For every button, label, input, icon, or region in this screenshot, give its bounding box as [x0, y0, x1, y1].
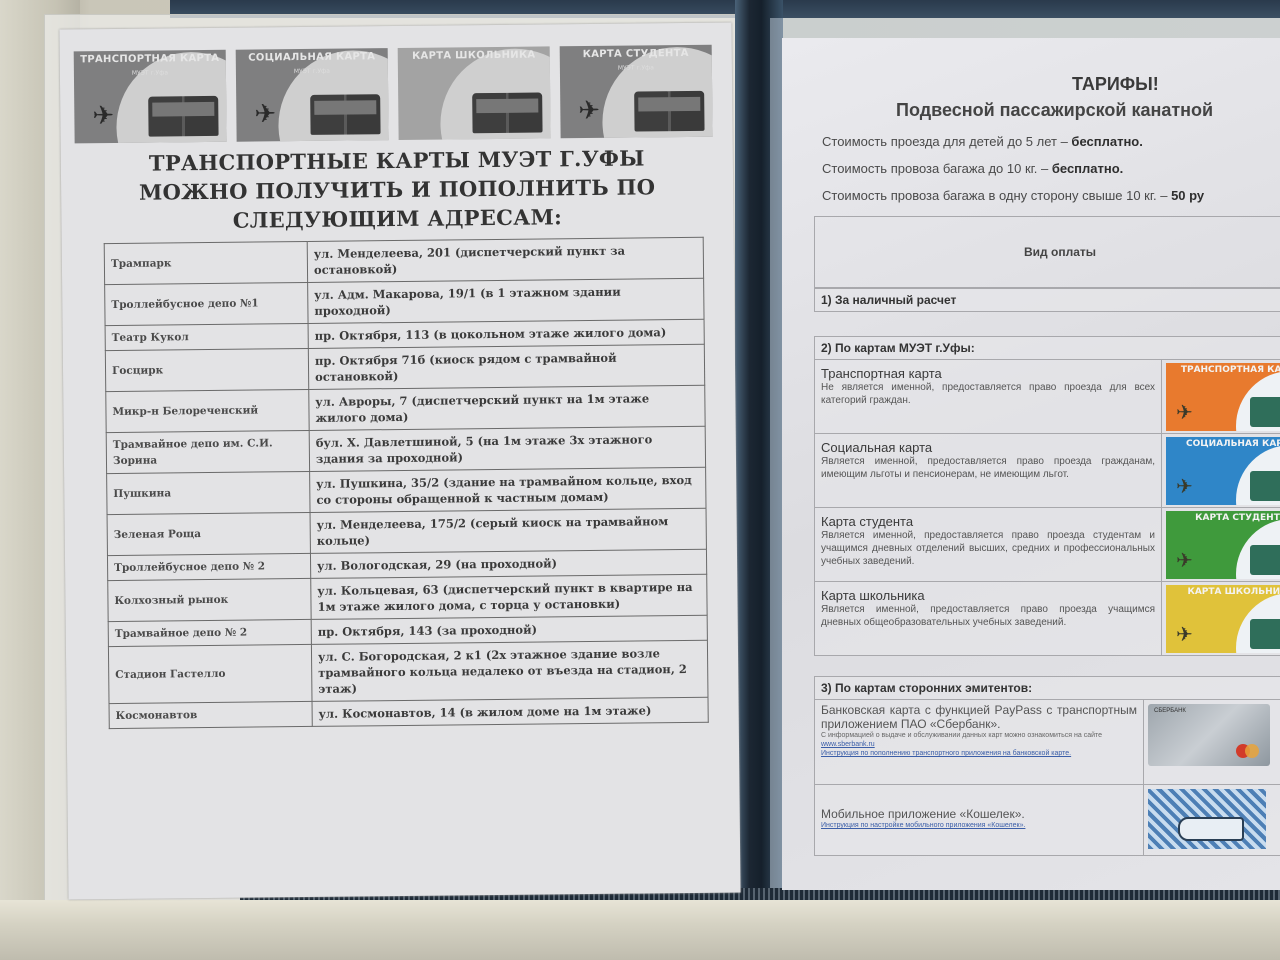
location-address: ул. Космонавтов, 14 (в жилом доме на 1м …	[312, 697, 708, 726]
muet-card-row: Карта студентаЯвляется именной, предоста…	[815, 508, 1280, 582]
muet-card-row: Карта школьникаЯвляется именной, предост…	[815, 582, 1280, 655]
tariffs-subtitle: Подвесной пассажирской канатной	[896, 100, 1213, 121]
bus-icon	[1250, 545, 1280, 575]
address-row: Космонавтовул. Космонавтов, 14 (в жилом …	[109, 697, 708, 728]
location-address: ул. Адм. Макарова, 19/1 (в 1 этажном зда…	[308, 278, 704, 323]
location-name: Зеленая Роща	[107, 512, 310, 555]
location-name: Театр Кукол	[105, 323, 308, 350]
payment-type-header: Вид оплаты	[814, 216, 1280, 288]
koshelek-app-image	[1148, 789, 1266, 849]
location-name: Троллейбусное депо № 2	[107, 553, 310, 580]
tariffs-notice: ТАРИФЫ! Подвесной пассажирской канатной …	[782, 38, 1280, 890]
location-name: Микр-н Белореченский	[106, 389, 309, 432]
card-image-social: СОЦИАЛЬНАЯ КАРТА МУЭТ г.Уфа ✈	[236, 48, 389, 142]
bus-icon	[1250, 471, 1280, 501]
external-card-row-sberbank: Банковская карта с функцией PayPass с тр…	[815, 700, 1280, 785]
mastercard-icon	[1236, 744, 1260, 758]
location-name: Трампарк	[104, 241, 307, 284]
card-name: Карта студента	[821, 514, 1155, 529]
card-description: Является именной, предоставляется право …	[821, 603, 1155, 629]
cable-car-icon	[1178, 817, 1244, 841]
address-row: Трамвайное депо им. С.И. Зоринабул. Х. Д…	[106, 426, 705, 473]
location-name: Космонавтов	[109, 701, 312, 728]
monument-icon: ✈	[1176, 400, 1193, 425]
window-sill	[0, 900, 1280, 960]
external-card-row-koshelek: Мобильное приложение «Кошелек». Инструкц…	[815, 785, 1280, 855]
location-address: ул. Кольцевая, 63 (диспетчерский пункт в…	[311, 574, 707, 619]
muet-card-row: Социальная картаЯвляется именной, предос…	[815, 434, 1280, 508]
card-description: Не является именной, предоставляется пра…	[821, 381, 1155, 407]
location-address: ул. Менделеева, 175/2 (серый киоск на тр…	[310, 508, 706, 553]
card-description: Является именной, предоставляется право …	[821, 455, 1155, 481]
bank-card-image: СБЕРБАНК	[1148, 704, 1270, 766]
monument-icon: ✈	[92, 101, 114, 131]
koshelek-instruction-link[interactable]: Инструкция по настройке мобильного прило…	[821, 821, 1137, 830]
notice-heading: ТРАНСПОРТНЫЕ КАРТЫ МУЭТ Г.УФЫ МОЖНО ПОЛУ…	[61, 142, 734, 236]
address-row: Трампаркул. Менделеева, 201 (диспетчерск…	[104, 237, 703, 284]
location-name: Трамвайное депо им. С.И. Зорина	[106, 430, 309, 473]
tariff-line: Стоимость провоза багажа до 10 кг. – бес…	[822, 161, 1123, 176]
location-address: ул. С. Богородская, 2 к1 (2х этажное зда…	[311, 640, 708, 701]
address-table: Трампаркул. Менделеева, 201 (диспетчерск…	[104, 237, 709, 729]
card-description: Является именной, предоставляется право …	[821, 529, 1155, 568]
location-address: пр. Октября 71б (киоск рядом с трамвайно…	[308, 344, 704, 389]
monument-icon: ✈	[1176, 622, 1193, 647]
address-row: Пушкинаул. Пушкина, 35/2 (здание на трам…	[107, 467, 706, 514]
location-name: Троллейбусное депо №1	[105, 282, 308, 325]
location-address: бул. Х. Давлетшиной, 5 (на 1м этаже 3х э…	[309, 426, 705, 471]
card-image: СОЦИАЛЬНАЯ КАРТА✈	[1166, 437, 1280, 505]
monument-icon: ✈	[578, 96, 600, 126]
address-row: Зеленая Рощаул. Менделеева, 175/2 (серый…	[107, 508, 706, 555]
card-image-schoolchild: КАРТА ШКОЛЬНИКА	[398, 46, 551, 140]
address-row: Госциркпр. Октября 71б (киоск рядом с тр…	[105, 344, 704, 391]
location-address: ул. Авроры, 7 (диспетчерский пункт на 1м…	[309, 385, 705, 430]
address-row: Стадион Гастеллоул. С. Богородская, 2 к1…	[108, 640, 708, 703]
location-name: Госцирк	[105, 348, 308, 391]
card-images-row: ТРАНСПОРТНАЯ КАРТА МУЭТ г.Уфа ✈ СОЦИАЛЬН…	[74, 45, 713, 144]
card-image-transport: ТРАНСПОРТНАЯ КАРТА МУЭТ г.Уфа ✈	[74, 50, 227, 144]
card-name: Карта школьника	[821, 588, 1155, 603]
bus-icon	[634, 91, 704, 132]
bus-icon	[310, 94, 380, 135]
section-muet-cards: 2) По картам МУЭТ г.Уфы: Транспортная ка…	[814, 336, 1280, 656]
card-name: Социальная карта	[821, 440, 1155, 455]
address-row: Троллейбусное депо №1ул. Адм. Макарова, …	[105, 278, 704, 325]
muet-card-row: Транспортная картаНе является именной, п…	[815, 360, 1280, 434]
bus-icon	[472, 92, 542, 133]
card-name: Транспортная карта	[821, 366, 1155, 381]
monument-icon: ✈	[1176, 548, 1193, 573]
card-image: КАРТА СТУДЕНТА✈	[1166, 511, 1280, 579]
sberbank-instruction-link[interactable]: Инструкция по пополнению транспортного п…	[821, 749, 1137, 758]
location-address: ул. Менделеева, 201 (диспетчерский пункт…	[307, 237, 703, 282]
location-address: ул. Пушкина, 35/2 (здание на трамвайном …	[310, 467, 706, 512]
monument-icon: ✈	[1176, 474, 1193, 499]
monument-icon: ✈	[254, 99, 276, 129]
tariffs-title: ТАРИФЫ!	[1072, 74, 1159, 95]
bus-icon	[1250, 397, 1280, 427]
section-cash: 1) За наличный расчет	[814, 288, 1280, 312]
location-name: Колхозный рынок	[108, 578, 311, 621]
location-name: Трамвайное депо № 2	[108, 619, 311, 646]
address-row: Колхозный рынокул. Кольцевая, 63 (диспет…	[108, 574, 707, 621]
location-name: Стадион Гастелло	[108, 644, 312, 703]
location-name: Пушкина	[107, 471, 310, 514]
section-external-cards: 3) По картам сторонних эмитентов: Банков…	[814, 676, 1280, 856]
bus-icon	[148, 96, 218, 137]
card-image: КАРТА ШКОЛЬНИКА✈	[1166, 585, 1280, 653]
address-row: Микр-н Белореченскийул. Авроры, 7 (диспе…	[106, 385, 705, 432]
card-image: ТРАНСПОРТНАЯ КАРТА✈	[1166, 363, 1280, 431]
card-image-student: КАРТА СТУДЕНТА МУЭТ г.Уфа ✈	[560, 45, 713, 139]
sberbank-site-link[interactable]: www.sberbank.ru	[821, 741, 875, 748]
transport-card-addresses-notice: ТРАНСПОРТНАЯ КАРТА МУЭТ г.Уфа ✈ СОЦИАЛЬН…	[59, 23, 740, 900]
bus-icon	[1250, 619, 1280, 649]
tariff-line: Стоимость провоза багажа в одну сторону …	[822, 188, 1204, 203]
tariff-line: Стоимость проезда для детей до 5 лет – б…	[822, 134, 1143, 149]
